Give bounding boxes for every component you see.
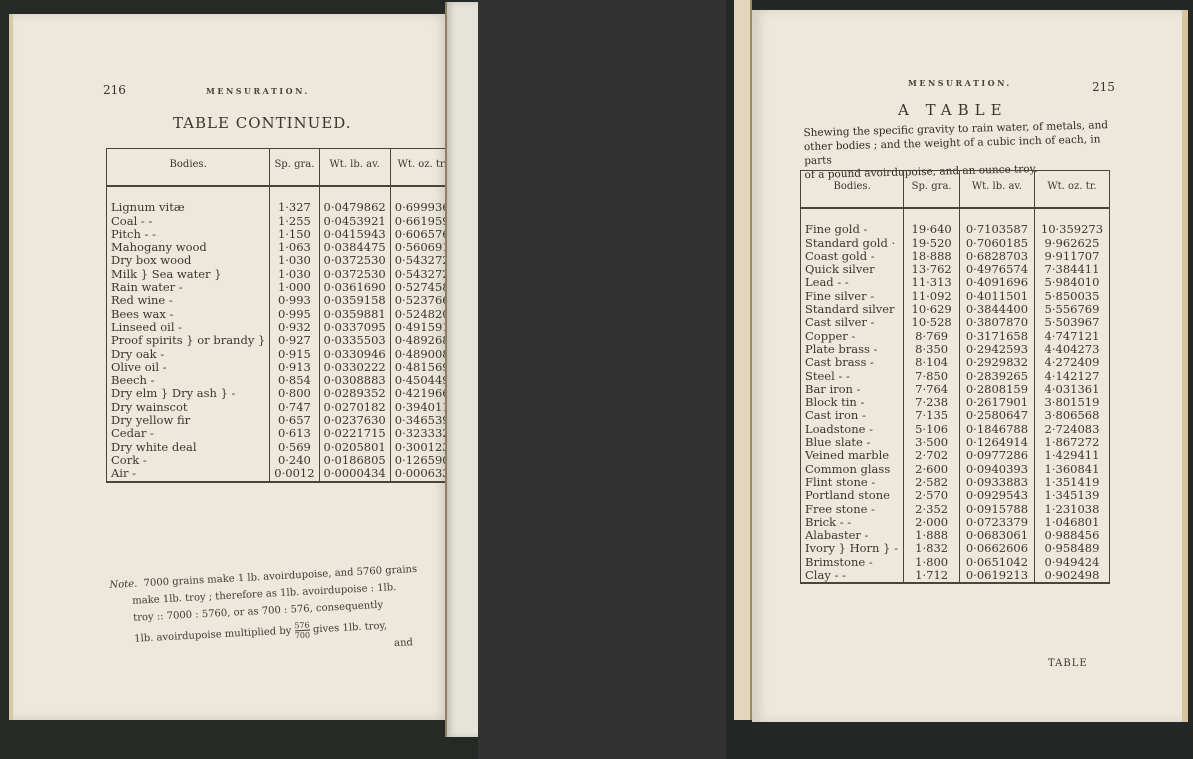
table-row: Dry white deal0·5690·02058010·300123: [107, 441, 455, 454]
body-name: Cast silver -: [801, 316, 904, 329]
weight-lb-av: 0·0662606: [959, 542, 1034, 555]
header-bodies: Bodies.: [107, 149, 270, 187]
weight-lb-av: 0·2942593: [959, 343, 1034, 356]
weight-oz-tr: 9·911707: [1034, 250, 1109, 263]
weight-lb-av: 0·0270182: [319, 401, 390, 414]
specific-gravity: 1·800: [904, 556, 960, 569]
weight-lb-av: 0·6828703: [959, 250, 1034, 263]
specific-gravity: 1·255: [270, 215, 319, 228]
body-name: Ivory } Horn } -: [801, 542, 904, 555]
weight-oz-tr: 5·984010: [1034, 276, 1109, 289]
specific-gravity: 0·569: [270, 441, 319, 454]
weight-lb-av: 0·7060185: [959, 237, 1034, 250]
specific-gravity: 2·000: [904, 516, 960, 529]
weight-lb-av: 0·0337095: [319, 321, 390, 334]
fraction: 576700: [294, 621, 310, 641]
table-row: Linseed oil -0·9320·03370950·491591: [107, 321, 455, 334]
body-name: Beech -: [107, 374, 270, 387]
weight-oz-tr: 1·867272: [1034, 436, 1109, 449]
specific-gravity: 1·030: [270, 268, 319, 281]
weight-lb-av: 0·0359158: [319, 294, 390, 307]
table-row: Proof spirits } or brandy }0·9270·033550…: [107, 334, 455, 347]
weight-lb-av: 0·0372530: [319, 268, 390, 281]
page-title: TABLE CONTINUED.: [173, 114, 352, 132]
running-head: MENSURATION.: [206, 86, 310, 96]
specific-gravity: 2·570: [904, 489, 960, 502]
body-name: Plate brass -: [801, 343, 904, 356]
table-row: Brimstone -1·8000·06510420·949424: [801, 556, 1110, 569]
gravity-table: Bodies. Sp. gra. Wt. lb. av. Wt. oz. tr.…: [800, 170, 1110, 584]
table-row: Dry wainscot0·7470·02701820·394011: [107, 401, 455, 414]
weight-lb-av: 0·0335503: [319, 334, 390, 347]
weight-lb-av: 0·4011501: [959, 290, 1034, 303]
specific-gravity: 1·712: [904, 569, 960, 583]
table-row: Rain water -1·0000·03616900·527458: [107, 281, 455, 294]
table-row: Lignum vitæ1·3270·04798620·699936: [107, 201, 455, 214]
weight-lb-av: 0·2808159: [959, 383, 1034, 396]
specific-gravity: 13·762: [904, 263, 960, 276]
weight-oz-tr: 1·345139: [1034, 489, 1109, 502]
table-row: Alabaster -1·8880·06830610·988456: [801, 529, 1110, 542]
weight-oz-tr: 0·949424: [1034, 556, 1109, 569]
body-name: Dry oak -: [107, 348, 270, 361]
body-name: Cedar -: [107, 427, 270, 440]
specific-gravity: 1·150: [270, 228, 319, 241]
body-name: Standard silver: [801, 303, 904, 316]
body-name: Lead - -: [801, 276, 904, 289]
specific-gravity: 1·030: [270, 254, 319, 267]
weight-lb-av: 0·0619213: [959, 569, 1034, 583]
header-wt-oz-tr: Wt. oz. tr.: [1034, 171, 1109, 209]
table-row: Quick silver13·7620·49765747·384411: [801, 263, 1110, 276]
weight-lb-av: 0·3807870: [959, 316, 1034, 329]
table-row: Cedar -0·6130·02217150·323332: [107, 427, 455, 440]
body-name: Free stone -: [801, 503, 904, 516]
weight-oz-tr: 1·046801: [1034, 516, 1109, 529]
table-row: Fine gold -19·6400·710358710·359273: [801, 223, 1110, 236]
specific-gravity: 11·313: [904, 276, 960, 289]
header-wt-lb-av: Wt. lb. av.: [959, 171, 1034, 209]
specific-gravity: 18·888: [904, 250, 960, 263]
table-row: Ivory } Horn } -1·8320·06626060·958489: [801, 542, 1110, 555]
weight-lb-av: 0·0361690: [319, 281, 390, 294]
specific-gravity: 0·993: [270, 294, 319, 307]
body-name: Loadstone -: [801, 423, 904, 436]
body-name: Blue slate -: [801, 436, 904, 449]
left-scan: 216 MENSURATION. TABLE CONTINUED. Bodies…: [0, 0, 478, 759]
table-row: Loadstone -5·1060·18467882·724083: [801, 423, 1110, 436]
specific-gravity: 0·927: [270, 334, 319, 347]
body-name: Bees wax -: [107, 308, 270, 321]
body-name: Common glass: [801, 463, 904, 476]
body-name: Bar iron -: [801, 383, 904, 396]
page-number: 216: [103, 83, 126, 97]
body-name: Coal - -: [107, 215, 270, 228]
weight-lb-av: 0·0453921: [319, 215, 390, 228]
body-name: Linseed oil -: [107, 321, 270, 334]
table-row: Clay - -1·7120·06192130·902498: [801, 569, 1110, 583]
weight-lb-av: 0·0940393: [959, 463, 1034, 476]
specific-gravity: 2·702: [904, 449, 960, 462]
specific-gravity: 3·500: [904, 436, 960, 449]
page-number: 215: [1092, 80, 1115, 94]
note-label: Note.: [109, 579, 137, 591]
specific-gravity: 0·915: [270, 348, 319, 361]
specific-gravity: 19·640: [904, 223, 960, 236]
weight-lb-av: 0·2929832: [959, 356, 1034, 369]
table-row: Milk } Sea water }1·0300·03725300·543272: [107, 268, 455, 281]
specific-gravity: 2·582: [904, 476, 960, 489]
weight-oz-tr: 0·902498: [1034, 569, 1109, 583]
specific-gravity: 1·000: [270, 281, 319, 294]
weight-lb-av: 0·0929543: [959, 489, 1034, 502]
weight-lb-av: 0·0651042: [959, 556, 1034, 569]
weight-oz-tr: 4·272409: [1034, 356, 1109, 369]
weight-lb-av: 0·3171658: [959, 330, 1034, 343]
weight-lb-av: 0·0977286: [959, 449, 1034, 462]
specific-gravity: 10·528: [904, 316, 960, 329]
body-name: Dry box wood: [107, 254, 270, 267]
right-scan: MENSURATION. 215 A TABLE Shewing the spe…: [726, 0, 1193, 759]
weight-lb-av: 0·0186805: [319, 454, 390, 467]
weight-oz-tr: 0·958489: [1034, 542, 1109, 555]
running-head: MENSURATION.: [908, 78, 1012, 88]
table-row: Cork -0·2400·01868050·126590: [107, 454, 455, 467]
body-name: Red wine -: [107, 294, 270, 307]
table-row: Cast brass -8·1040·29298324·272409: [801, 356, 1110, 369]
table-row: Fine silver -11·0920·40115015·850035: [801, 290, 1110, 303]
weight-oz-tr: 10·359273: [1034, 223, 1109, 236]
table-row: Flint stone -2·5820·09338831·351419: [801, 476, 1110, 489]
page-title: A TABLE: [898, 101, 1008, 119]
specific-gravity: 1·327: [270, 201, 319, 214]
body-name: Brimstone -: [801, 556, 904, 569]
weight-lb-av: 0·0915788: [959, 503, 1034, 516]
weight-oz-tr: 4·031361: [1034, 383, 1109, 396]
table-row: Blue slate -3·5000·12649141·867272: [801, 436, 1110, 449]
table-row: Copper -8·7690·31716584·747121: [801, 330, 1110, 343]
table-row: Common glass2·6000·09403931·360841: [801, 463, 1110, 476]
weight-lb-av: 0·0000434: [319, 467, 390, 481]
specific-gravity: 8·769: [904, 330, 960, 343]
table-row: Air -0·00120·00004340·000633: [107, 467, 455, 481]
weight-lb-av: 0·0384475: [319, 241, 390, 254]
weight-lb-av: 0·4091696: [959, 276, 1034, 289]
specific-gravity: 0·913: [270, 361, 319, 374]
specific-gravity: 0·932: [270, 321, 319, 334]
table-row: Dry box wood1·0300·03725300·543272: [107, 254, 455, 267]
table-row: Olive oil -0·9130·03302220·481569: [107, 361, 455, 374]
table-row: Lead - -11·3130·40916965·984010: [801, 276, 1110, 289]
weight-lb-av: 0·0933883: [959, 476, 1034, 489]
weight-lb-av: 0·1264914: [959, 436, 1034, 449]
body-name: Fine silver -: [801, 290, 904, 303]
previous-page-edge: [734, 0, 752, 720]
body-name: Pitch - -: [107, 228, 270, 241]
weight-lb-av: 0·0221715: [319, 427, 390, 440]
specific-gravity: 0·995: [270, 308, 319, 321]
weight-oz-tr: 1·360841: [1034, 463, 1109, 476]
weight-lb-av: 0·7103587: [959, 223, 1034, 236]
body-name: Portland stone: [801, 489, 904, 502]
header-sp-gra: Sp. gra.: [904, 171, 960, 209]
body-name: Alabaster -: [801, 529, 904, 542]
body-name: Steel - -: [801, 370, 904, 383]
gravity-table-continued: Bodies. Sp. gra. Wt. lb. av. Wt. oz. tr.…: [106, 148, 455, 483]
weight-lb-av: 0·0308883: [319, 374, 390, 387]
table-row: Standard gold ·19·5200·70601859·962625: [801, 237, 1110, 250]
body-name: Dry elm } Dry ash } -: [107, 387, 270, 400]
weight-lb-av: 0·3844400: [959, 303, 1034, 316]
catchword: TABLE: [1048, 658, 1088, 669]
table-row: Cast iron -7·1350·25806473·806568: [801, 409, 1110, 422]
scan-divider: [478, 0, 726, 759]
table-body: Lignum vitæ1·3270·04798620·699936Coal - …: [107, 186, 455, 481]
specific-gravity: 11·092: [904, 290, 960, 303]
table-row: Bar iron -7·7640·28081594·031361: [801, 383, 1110, 396]
body-name: Clay - -: [801, 569, 904, 583]
table-header-row: Bodies. Sp. gra. Wt. lb. av. Wt. oz. tr.: [801, 171, 1110, 209]
body-name: Standard gold ·: [801, 237, 904, 250]
table-row: Steel - -7·8500·28392654·142127: [801, 370, 1110, 383]
body-name: Proof spirits } or brandy }: [107, 334, 270, 347]
table-row: Dry elm } Dry ash } -0·8000·02893520·421…: [107, 387, 455, 400]
weight-lb-av: 0·0359881: [319, 308, 390, 321]
body-name: Veined marble: [801, 449, 904, 462]
footnote: Note. 7000 grains make 1 lb. avoirdupois…: [109, 561, 421, 667]
specific-gravity: 1·888: [904, 529, 960, 542]
specific-gravity: 0·0012: [270, 467, 319, 481]
weight-oz-tr: 4·142127: [1034, 370, 1109, 383]
body-name: Block tin -: [801, 396, 904, 409]
weight-lb-av: 0·0479862: [319, 201, 390, 214]
body-name: Fine gold -: [801, 223, 904, 236]
weight-oz-tr: 5·556769: [1034, 303, 1109, 316]
table-header-row: Bodies. Sp. gra. Wt. lb. av. Wt. oz. tr.: [107, 149, 455, 187]
specific-gravity: 7·850: [904, 370, 960, 383]
weight-lb-av: 0·0683061: [959, 529, 1034, 542]
weight-lb-av: 0·0289352: [319, 387, 390, 400]
weight-oz-tr: 4·747121: [1034, 330, 1109, 343]
specific-gravity: 0·240: [270, 454, 319, 467]
weight-oz-tr: 4·404273: [1034, 343, 1109, 356]
weight-lb-av: 0·0330222: [319, 361, 390, 374]
weight-lb-av: 0·0330946: [319, 348, 390, 361]
specific-gravity: 8·104: [904, 356, 960, 369]
table-row: Veined marble2·7020·09772861·429411: [801, 449, 1110, 462]
specific-gravity: 10·629: [904, 303, 960, 316]
body-name: Dry yellow fir: [107, 414, 270, 427]
body-name: Cast iron -: [801, 409, 904, 422]
table-row: Bees wax -0·9950·03598810·524820: [107, 308, 455, 321]
weight-lb-av: 0·1846788: [959, 423, 1034, 436]
specific-gravity: 5·106: [904, 423, 960, 436]
specific-gravity: 7·238: [904, 396, 960, 409]
body-name: Cast brass -: [801, 356, 904, 369]
body-name: Lignum vitæ: [107, 201, 270, 214]
table-row: Coal - -1·2550·04539210·661959: [107, 215, 455, 228]
specific-gravity: 0·854: [270, 374, 319, 387]
left-page: 216 MENSURATION. TABLE CONTINUED. Bodies…: [9, 14, 448, 720]
weight-oz-tr: 2·724083: [1034, 423, 1109, 436]
weight-oz-tr: 1·429411: [1034, 449, 1109, 462]
weight-lb-av: 0·0205801: [319, 441, 390, 454]
specific-gravity: 0·747: [270, 401, 319, 414]
table-row: Dry yellow fir0·6570·02376300·346539: [107, 414, 455, 427]
weight-oz-tr: 3·801519: [1034, 396, 1109, 409]
specific-gravity: 2·352: [904, 503, 960, 516]
table-row: Beech -0·8540·03088830·450449: [107, 374, 455, 387]
specific-gravity: 0·657: [270, 414, 319, 427]
weight-lb-av: 0·2617901: [959, 396, 1034, 409]
weight-oz-tr: 9·962625: [1034, 237, 1109, 250]
weight-oz-tr: 7·384411: [1034, 263, 1109, 276]
specific-gravity: 1·832: [904, 542, 960, 555]
body-name: Olive oil -: [107, 361, 270, 374]
table-row: Coast gold -18·8880·68287039·911707: [801, 250, 1110, 263]
header-wt-lb-av: Wt. lb. av.: [319, 149, 390, 187]
table-row: Mahogany wood1·0630·03844750·560691: [107, 241, 455, 254]
table-row: Dry oak -0·9150·03309460·489008: [107, 348, 455, 361]
weight-lb-av: 0·4976574: [959, 263, 1034, 276]
body-name: Milk } Sea water }: [107, 268, 270, 281]
specific-gravity: 0·613: [270, 427, 319, 440]
table-body: Fine gold -19·6400·710358710·359273Stand…: [801, 208, 1110, 583]
body-name: Rain water -: [107, 281, 270, 294]
table-row: Portland stone2·5700·09295431·345139: [801, 489, 1110, 502]
specific-gravity: 7·764: [904, 383, 960, 396]
header-bodies: Bodies.: [801, 171, 904, 209]
table-row: Brick - -2·0000·07233791·046801: [801, 516, 1110, 529]
weight-oz-tr: 1·351419: [1034, 476, 1109, 489]
table-row: Cast silver -10·5280·38078705·503967: [801, 316, 1110, 329]
body-name: Quick silver: [801, 263, 904, 276]
table-row: Free stone -2·3520·09157881·231038: [801, 503, 1110, 516]
table-row: Plate brass -8·3500·29425934·404273: [801, 343, 1110, 356]
next-page-edge: [445, 2, 478, 737]
table-row: Block tin -7·2380·26179013·801519: [801, 396, 1110, 409]
body-name: Coast gold -: [801, 250, 904, 263]
weight-lb-av: 0·0237630: [319, 414, 390, 427]
body-name: Mahogany wood: [107, 241, 270, 254]
weight-oz-tr: 0·988456: [1034, 529, 1109, 542]
specific-gravity: 1·063: [270, 241, 319, 254]
weight-lb-av: 0·0415943: [319, 228, 390, 241]
weight-lb-av: 0·0723379: [959, 516, 1034, 529]
weight-oz-tr: 3·806568: [1034, 409, 1109, 422]
weight-oz-tr: 5·503967: [1034, 316, 1109, 329]
weight-lb-av: 0·2839265: [959, 370, 1034, 383]
body-name: Cork -: [107, 454, 270, 467]
weight-oz-tr: 1·231038: [1034, 503, 1109, 516]
table-row: Red wine -0·9930·03591580·523766: [107, 294, 455, 307]
specific-gravity: 8·350: [904, 343, 960, 356]
body-name: Dry white deal: [107, 441, 270, 454]
body-name: Copper -: [801, 330, 904, 343]
right-page: MENSURATION. 215 A TABLE Shewing the spe…: [752, 10, 1188, 722]
table-row: Standard silver10·6290·38444005·556769: [801, 303, 1110, 316]
specific-gravity: 2·600: [904, 463, 960, 476]
body-name: Air -: [107, 467, 270, 481]
specific-gravity: 19·520: [904, 237, 960, 250]
specific-gravity: 0·800: [270, 387, 319, 400]
weight-lb-av: 0·0372530: [319, 254, 390, 267]
body-name: Brick - -: [801, 516, 904, 529]
weight-lb-av: 0·2580647: [959, 409, 1034, 422]
table-row: Pitch - -1·1500·04159430·606576: [107, 228, 455, 241]
weight-oz-tr: 5·850035: [1034, 290, 1109, 303]
body-name: Dry wainscot: [107, 401, 270, 414]
header-sp-gra: Sp. gra.: [270, 149, 319, 187]
body-name: Flint stone -: [801, 476, 904, 489]
specific-gravity: 7·135: [904, 409, 960, 422]
